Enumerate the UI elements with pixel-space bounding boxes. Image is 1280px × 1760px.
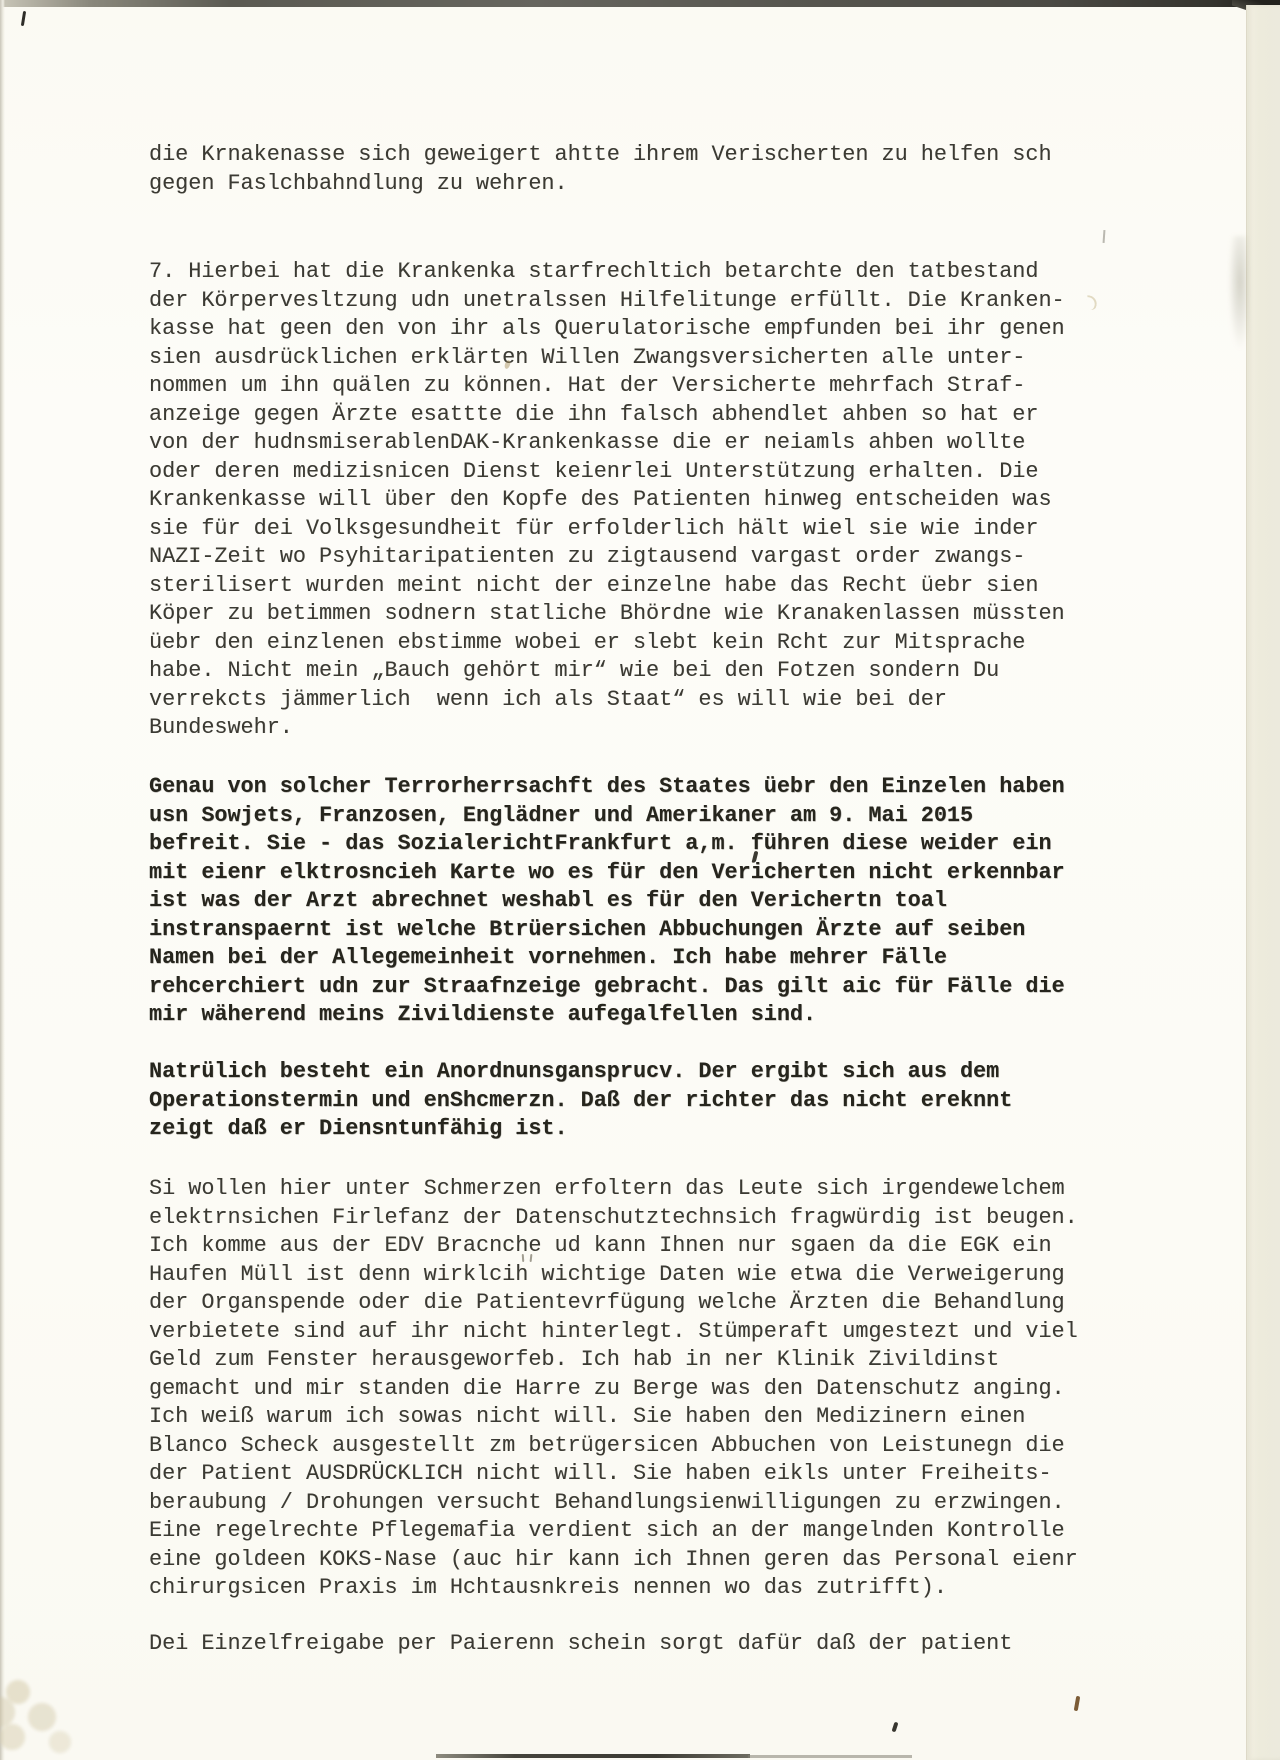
paragraph-intro-fragment: die Krnakenasse sich geweigert ahtte ihr… xyxy=(149,141,1149,198)
paragraph-einzelfreigabe: Dei Einzelfreigabe per Paierenn schein s… xyxy=(149,1630,1149,1659)
scan-artifact-right-smudge xyxy=(1228,236,1248,351)
scan-artifact-left-ink-tick xyxy=(21,11,26,26)
scan-artifact-right-background-strip xyxy=(1246,5,1280,1760)
scan-artifact-top-edge-band xyxy=(0,0,1280,7)
scan-artifact-comma-mark xyxy=(892,1722,899,1733)
scan-artifact-left-paper-edge xyxy=(0,0,5,1760)
paragraph-anspruch-bold: Natrülich besteht ein Anordnunsgansprucv… xyxy=(149,1058,1149,1144)
paragraph-schmerzen: Si wollen hier unter Schmerzen erfoltern… xyxy=(149,1175,1149,1603)
scan-artifact-right-ink-tick xyxy=(1103,230,1106,243)
paragraph-terror-bold: Genau von solcher Terrorherrsachft des S… xyxy=(149,773,1149,1030)
scanned-document-page: die Krnakenasse sich geweigert ahtte ihr… xyxy=(0,0,1280,1760)
scan-artifact-bottom-left-blotch xyxy=(0,1662,108,1760)
scan-artifact-brown-mark xyxy=(1074,1696,1081,1711)
scan-artifact-bottom-edge-line-faint xyxy=(748,1755,912,1758)
paragraph-point-7: 7. Hierbei hat die Krankenka starfrechlt… xyxy=(149,258,1149,743)
scan-artifact-bottom-edge-line xyxy=(436,1754,750,1758)
